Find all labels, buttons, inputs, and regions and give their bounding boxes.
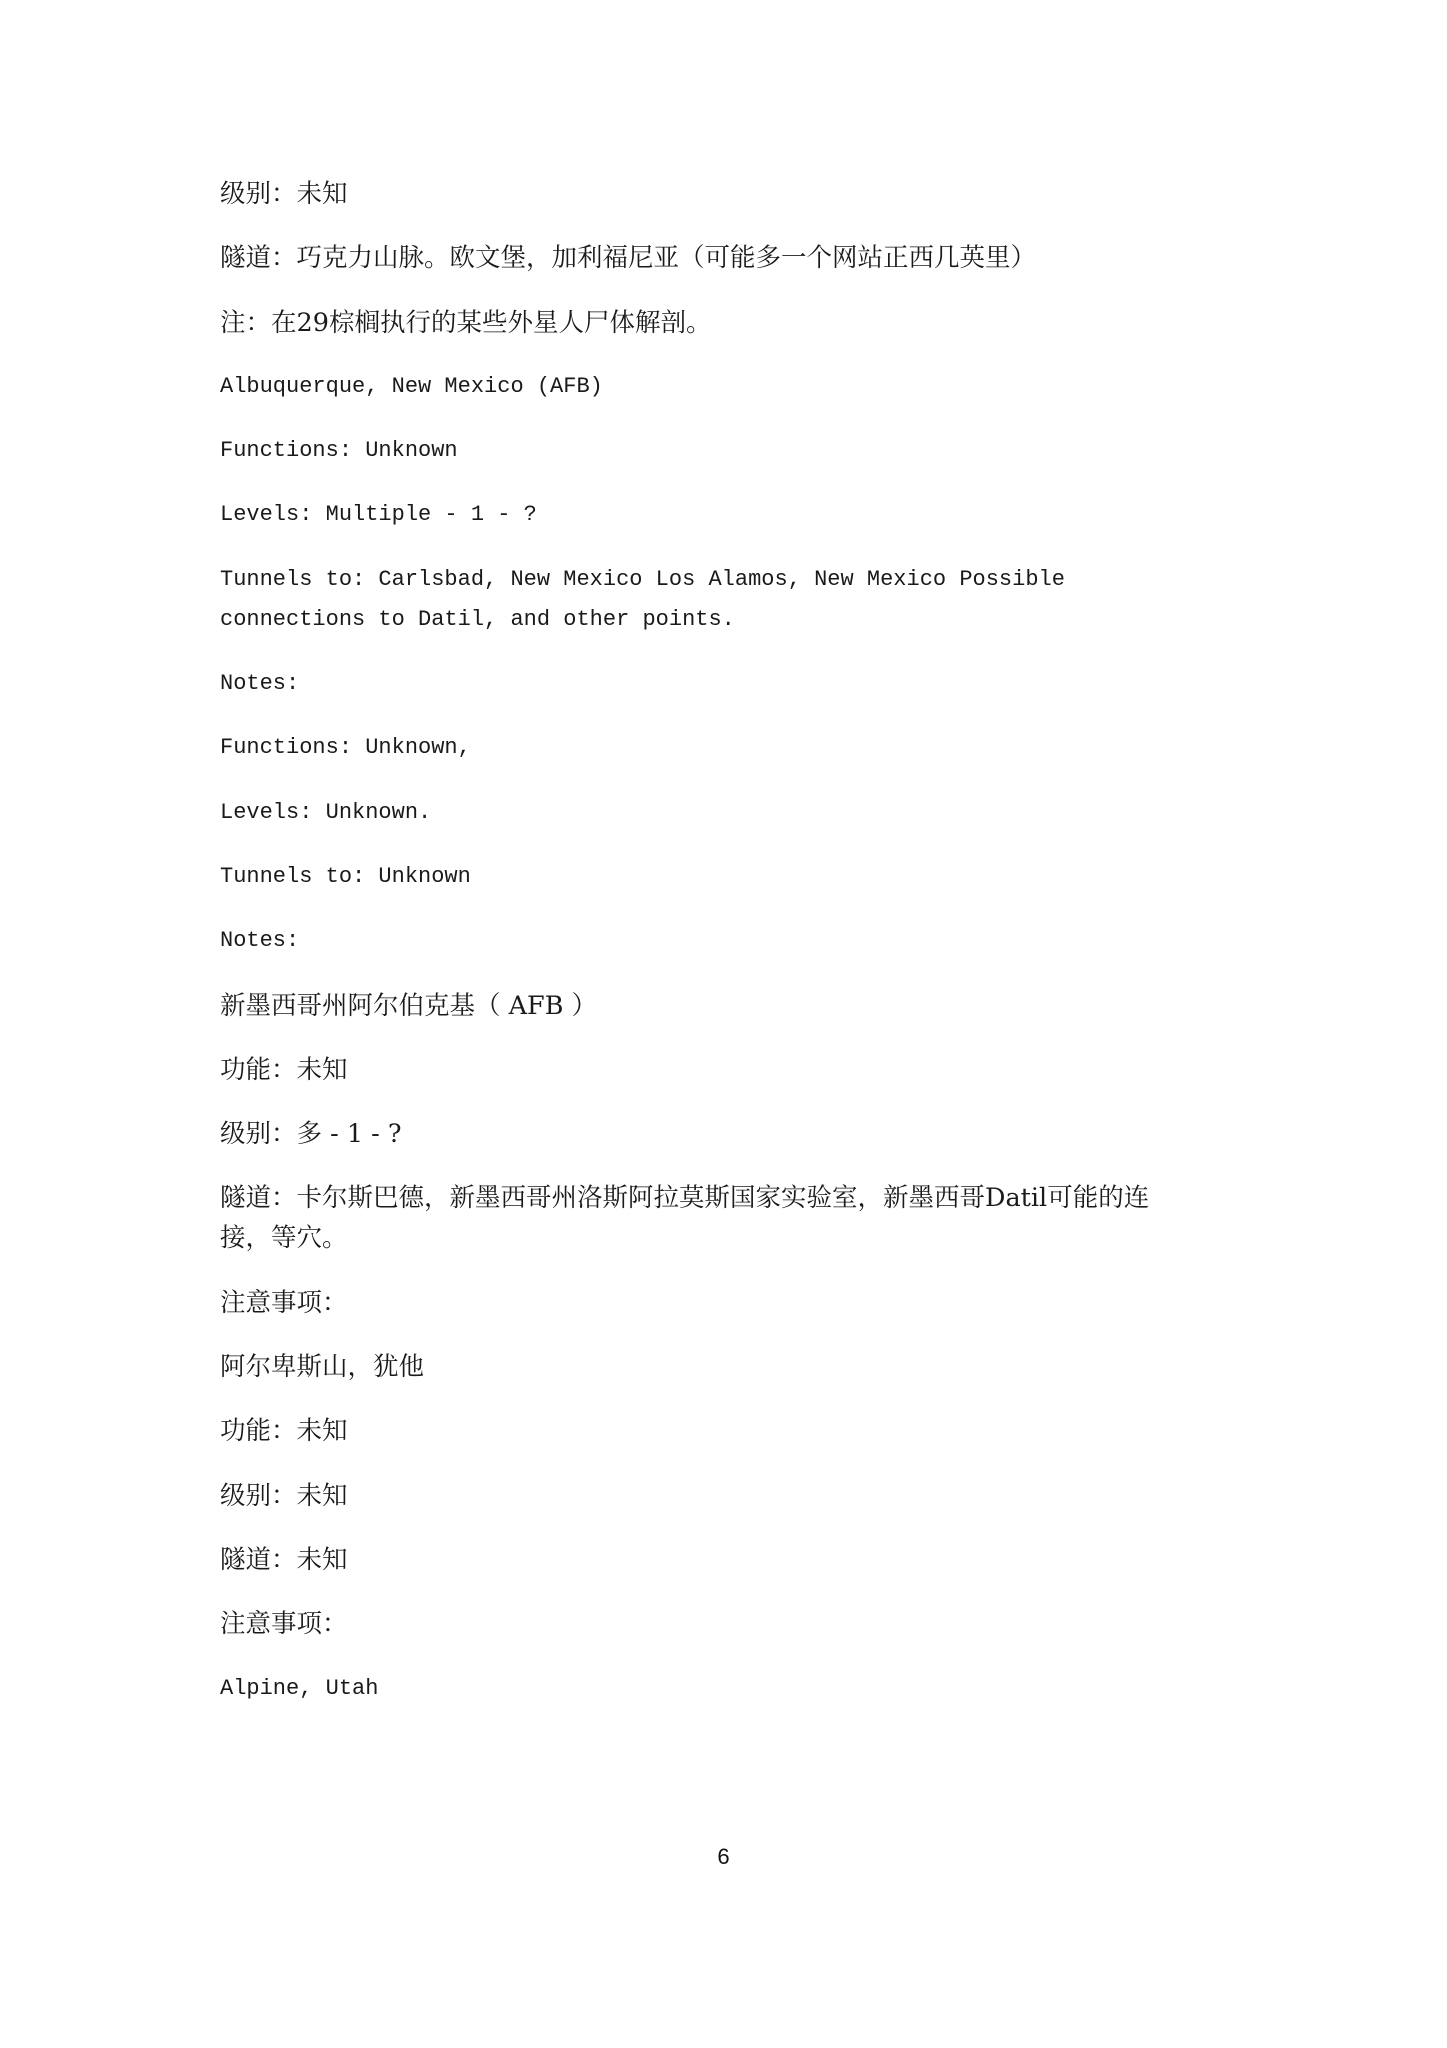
text-line: 注：在29棕榈执行的某些外星人尸体解剖。 (220, 303, 1220, 343)
paragraph: 级别：未知 (220, 174, 1220, 214)
text-line: 级别：未知 (220, 1476, 1220, 1516)
text-line: 新墨西哥州阿尔伯克基（ AFB ） (220, 986, 1220, 1026)
text-line: 隧道：卡尔斯巴德，新墨西哥州洛斯阿拉莫斯国家实验室，新墨西哥Datil可能的连 (220, 1178, 1220, 1218)
text-line: Albuquerque, New Mexico (AFB) (220, 367, 1220, 407)
paragraph: Functions: Unknown (220, 431, 1220, 471)
text-line: Alpine, Utah (220, 1669, 1220, 1709)
text-line: Levels: Unknown. (220, 793, 1220, 833)
text-line: 隧道：巧克力山脉。欧文堡，加利福尼亚（可能多一个网站正西几英里） (220, 238, 1220, 278)
paragraph: Levels: Unknown. (220, 793, 1220, 833)
text-line: 级别：未知 (220, 174, 1220, 214)
paragraph: 功能：未知 (220, 1411, 1220, 1451)
text-line: Notes: (220, 921, 1220, 961)
text-line: 功能：未知 (220, 1050, 1220, 1090)
paragraph: Tunnels to: Carlsbad, New Mexico Los Ala… (220, 560, 1220, 640)
text-line: 隧道：未知 (220, 1540, 1220, 1580)
paragraph: 阿尔卑斯山，犹他 (220, 1347, 1220, 1387)
paragraph: 注意事项： (220, 1604, 1220, 1644)
text-line: 注意事项： (220, 1283, 1220, 1323)
text-line: Functions: Unknown, (220, 728, 1220, 768)
text-line: Levels: Multiple - 1 - ? (220, 495, 1220, 535)
paragraph: Albuquerque, New Mexico (AFB) (220, 367, 1220, 407)
paragraph: Tunnels to: Unknown (220, 857, 1220, 897)
text-line: Tunnels to: Carlsbad, New Mexico Los Ala… (220, 560, 1220, 600)
document-body: 级别：未知隧道：巧克力山脉。欧文堡，加利福尼亚（可能多一个网站正西几英里）注：在… (220, 174, 1220, 1733)
text-line: connections to Datil, and other points. (220, 600, 1220, 640)
paragraph: 新墨西哥州阿尔伯克基（ AFB ） (220, 986, 1220, 1026)
page-number: 6 (0, 1843, 1447, 1871)
text-line: 阿尔卑斯山，犹他 (220, 1347, 1220, 1387)
paragraph: 级别：多 - 1 - ? (220, 1114, 1220, 1154)
document-page: 级别：未知隧道：巧克力山脉。欧文堡，加利福尼亚（可能多一个网站正西几英里）注：在… (0, 0, 1447, 2048)
text-line: Functions: Unknown (220, 431, 1220, 471)
paragraph: 隧道：未知 (220, 1540, 1220, 1580)
paragraph: Notes: (220, 921, 1220, 961)
text-line: Tunnels to: Unknown (220, 857, 1220, 897)
text-line: 注意事项： (220, 1604, 1220, 1644)
text-line: 级别：多 - 1 - ? (220, 1114, 1220, 1154)
paragraph: 隧道：卡尔斯巴德，新墨西哥州洛斯阿拉莫斯国家实验室，新墨西哥Datil可能的连接… (220, 1178, 1220, 1258)
text-line: 接，等穴。 (220, 1218, 1220, 1258)
paragraph: Functions: Unknown, (220, 728, 1220, 768)
paragraph: 隧道：巧克力山脉。欧文堡，加利福尼亚（可能多一个网站正西几英里） (220, 238, 1220, 278)
paragraph: 注意事项： (220, 1283, 1220, 1323)
text-line: 功能：未知 (220, 1411, 1220, 1451)
paragraph: 注：在29棕榈执行的某些外星人尸体解剖。 (220, 303, 1220, 343)
paragraph: 功能：未知 (220, 1050, 1220, 1090)
text-line: Notes: (220, 664, 1220, 704)
paragraph: Alpine, Utah (220, 1669, 1220, 1709)
paragraph: 级别：未知 (220, 1476, 1220, 1516)
paragraph: Notes: (220, 664, 1220, 704)
paragraph: Levels: Multiple - 1 - ? (220, 495, 1220, 535)
